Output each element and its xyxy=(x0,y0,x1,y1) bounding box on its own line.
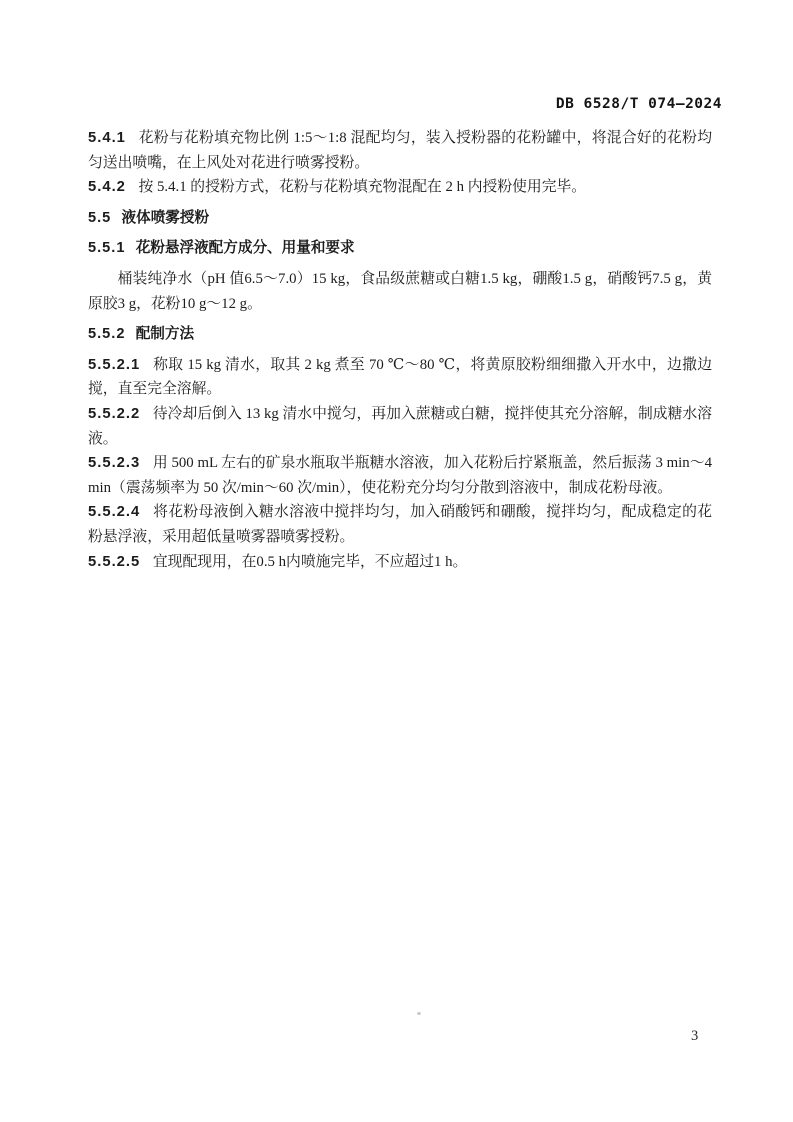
clause-5-5-2-2: 5.5.2.2待冷却后倒入 13 kg 清水中搅匀，再加入蔗糖或白糖，搅拌使其充… xyxy=(88,402,712,451)
document-page: DB 6528/T 074—2024 5.4.1花粉与花粉填充物比例 1:5～1… xyxy=(0,0,793,1122)
clause-number: 5.5.2.3 xyxy=(88,455,140,471)
clause-number: 5.4.1 xyxy=(88,130,126,146)
clause-5-4-1: 5.4.1花粉与花粉填充物比例 1:5～1:8 混配均匀，装入授粉器的花粉罐中，… xyxy=(88,126,712,175)
document-body: 5.4.1花粉与花粉填充物比例 1:5～1:8 混配均匀，装入授粉器的花粉罐中，… xyxy=(88,126,712,574)
heading-number: 5.5.1 xyxy=(88,240,125,256)
scan-artifact-speck xyxy=(417,1012,421,1015)
clause-5-5-2-3: 5.5.2.3用 500 mL 左右的矿泉水瓶取半瓶糖水溶液，加入花粉后拧紧瓶盖… xyxy=(88,451,712,500)
heading-5-5-1: 5.5.1花粉悬浮液配方成分、用量和要求 xyxy=(88,236,712,261)
heading-number: 5.5.2 xyxy=(88,326,125,342)
clause-text: 称取 15 kg 清水，取其 2 kg 煮至 70 ℃～80 ℃，将黄原胶粉细细… xyxy=(88,357,712,398)
clause-number: 5.5.2.1 xyxy=(88,357,140,373)
clause-5-4-2: 5.4.2按 5.4.1 的授粉方式，花粉与花粉填充物混配在 2 h 内授粉使用… xyxy=(88,175,712,200)
clause-number: 5.5.2.2 xyxy=(88,406,140,422)
clause-text: 花粉与花粉填充物比例 1:5～1:8 混配均匀，装入授粉器的花粉罐中，将混合好的… xyxy=(88,130,712,171)
clause-5-5-2-4: 5.5.2.4将花粉母液倒入糖水溶液中搅拌均匀，加入硝酸钙和硼酸，搅拌均匀，配成… xyxy=(88,500,712,549)
clause-text: 待冷却后倒入 13 kg 清水中搅匀，再加入蔗糖或白糖，搅拌使其充分溶解，制成糖… xyxy=(88,406,712,447)
paragraph-4: 桶装纯净水（pH 值6.5～7.0）15 kg，食品级蔗糖或白糖1.5 kg，硼… xyxy=(88,267,712,316)
clause-number: 5.4.2 xyxy=(88,179,126,195)
clause-number: 5.5.2.4 xyxy=(88,504,140,520)
clause-text: 将花粉母液倒入糖水溶液中搅拌均匀，加入硝酸钙和硼酸，搅拌均匀，配成稳定的花粉悬浮… xyxy=(88,504,712,545)
heading-5-5-2: 5.5.2配制方法 xyxy=(88,322,712,347)
page-number: 3 xyxy=(691,1028,698,1045)
standard-number-header: DB 6528/T 074—2024 xyxy=(556,96,722,112)
clause-text: 按 5.4.1 的授粉方式，花粉与花粉填充物混配在 2 h 内授粉使用完毕。 xyxy=(139,179,587,195)
heading-text: 配制方法 xyxy=(136,326,194,342)
clause-text: 用 500 mL 左右的矿泉水瓶取半瓶糖水溶液，加入花粉后拧紧瓶盖，然后振荡 3… xyxy=(88,455,712,496)
heading-text: 花粉悬浮液配方成分、用量和要求 xyxy=(136,240,355,256)
clause-text: 桶装纯净水（pH 值6.5～7.0）15 kg，食品级蔗糖或白糖1.5 kg，硼… xyxy=(88,271,712,312)
clause-text: 宜现配现用，在0.5 h内喷施完毕，不应超过1 h。 xyxy=(153,554,467,570)
heading-number: 5.5 xyxy=(88,210,111,226)
clause-5-5-2-5: 5.5.2.5宜现配现用，在0.5 h内喷施完毕，不应超过1 h。 xyxy=(88,550,712,575)
clause-5-5-2-1: 5.5.2.1称取 15 kg 清水，取其 2 kg 煮至 70 ℃～80 ℃，… xyxy=(88,353,712,402)
heading-5-5: 5.5液体喷雾授粉 xyxy=(88,206,712,231)
clause-number: 5.5.2.5 xyxy=(88,554,140,570)
heading-text: 液体喷雾授粉 xyxy=(122,210,210,226)
